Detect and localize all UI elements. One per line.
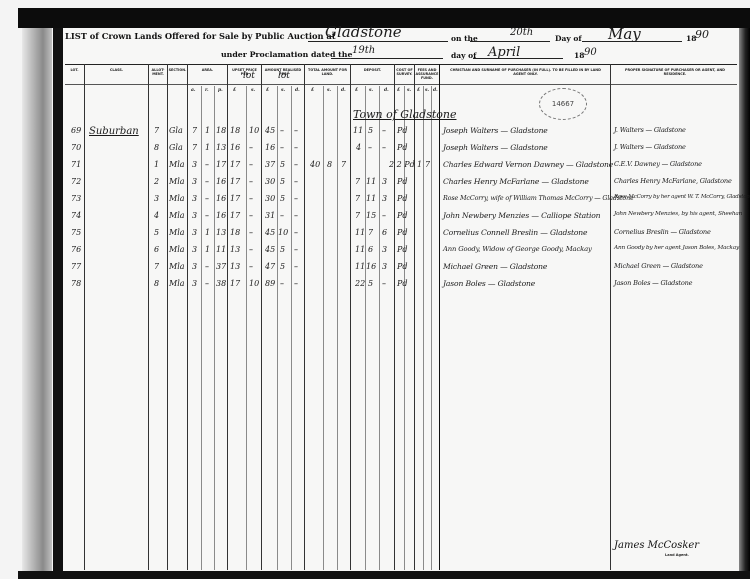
realised-pounds-label: £ [266,88,269,93]
col-header-total-amount: Total Amount for Land. [305,68,350,76]
area-roods: 1 [205,143,210,152]
proclamation-month: April [488,45,520,60]
deposit-pence: 3 [382,177,387,186]
col-header-class: Class. [85,68,148,72]
purchaser-name: John Newbery Menzies — Calliope Station [443,211,600,220]
deposit-pence: 6 [382,228,387,237]
sale-year: 90 [695,28,709,41]
lot-number: 76 [71,245,81,254]
deposit-pence-label: d. [384,88,389,93]
purchaser-name: Ann Goody, Widow of George Goody, Mackay [443,245,592,253]
purchaser-name: Cornelius Connell Breslin — Gladstone [443,228,587,237]
allotment: 3 [154,194,159,203]
purchaser-signature: Ann Goody by her agent Jason Boles, Mack… [614,245,739,251]
purchaser-signature: Jason Boles — Gladstone [614,279,692,287]
area-perches: 17 [216,160,226,169]
total-shillings-label: s. [327,88,331,93]
amount-realised-unit: lot [278,71,290,81]
table-row: 71 1 Mla 3 – 17 17 – 37 5 – 40 8 7 2 2 P… [63,160,739,176]
realised-pounds: 30 [265,194,275,203]
book-spine [53,28,63,573]
survey-paid: Pd [397,211,408,220]
realised-shillings: 10 [278,228,288,237]
sale-month: May [608,25,641,43]
realised-shillings: – [280,279,284,288]
upset-shillings: 10 [249,279,259,288]
area-perches: 38 [216,279,226,288]
purchaser-signature: J. Walters — Gladstone [614,143,686,151]
deposit-pounds: 4 [356,143,361,152]
realised-pence: – [294,245,298,254]
realised-pence: – [294,126,298,135]
survey-paid: Pd [397,126,408,135]
realised-pounds: 47 [265,262,275,271]
upset-pounds: 17 [230,160,240,169]
realised-pounds: 45 [265,228,275,237]
place-rule [308,41,448,42]
deposit-shillings-label: s. [369,88,373,93]
purchaser-name: Charles Edward Vernon Dawney — Gladstone [443,160,613,169]
area-roods: – [205,279,209,288]
upset-shillings: – [249,228,253,237]
total-pence-label: d. [341,88,346,93]
table-row: 74 4 Mla 3 – 16 17 – 31 – – 7 15 – Pd Jo… [63,211,739,227]
survey-paid: Pd [397,194,408,203]
allotment: 5 [154,228,159,237]
area-roods: 1 [205,245,210,254]
area-perches: 13 [216,228,226,237]
deposit-pounds: 11 [353,126,363,135]
section: Mla [169,279,185,288]
area-perches: 11 [216,245,226,254]
table-row: 77 7 Mla 3 – 37 13 – 47 5 – 11 16 3 Pd M… [63,262,739,278]
section: Mla [169,160,185,169]
upset-shillings: – [249,160,253,169]
deposit-shillings: 6 [368,245,373,254]
allotment: 8 [154,143,159,152]
area-roods: 1 [205,126,210,135]
allotment: 8 [154,279,159,288]
table-top-rule [65,64,737,65]
purchaser-signature: Charles Henry McFarlane, Gladstone [614,177,732,185]
realised-shillings: – [280,143,284,152]
upset-pounds: 17 [230,211,240,220]
lot-number: 74 [71,211,81,220]
section: Gla [169,126,183,135]
purchaser-signature: Cornelius Breslin — Gladstone [614,228,711,236]
purchaser-signature: John Newbery Menzies, by his agent, Shee… [614,211,742,217]
area-roods: – [205,262,209,271]
deposit-shillings: 5 [368,279,373,288]
deposit-pence: – [382,126,386,135]
deposit-pence: 3 [382,245,387,254]
area-acres: 3 [192,160,197,169]
ledger-page: LIST of Crown Lands Offered for Sale by … [63,28,739,571]
area-acres: 3 [192,194,197,203]
registry-stamp: 14667 [539,88,587,120]
realised-pounds: 89 [265,279,275,288]
upset-shillings: – [249,143,253,152]
allotment: 2 [154,177,159,186]
fees-shillings-label: s. [425,88,429,93]
allotment: 6 [154,245,159,254]
col-header-fees: Fees and Assurance Fund. [415,68,439,80]
area-acres: 7 [192,143,197,152]
purchaser-name: Charles Henry McFarlane — Gladstone [443,177,589,186]
deposit-pence: 3 [382,194,387,203]
realised-shillings: 5 [280,160,285,169]
upset-pounds: 16 [230,143,240,152]
proclamation-year-prefix: 18 [574,51,584,60]
sale-day: 20th [510,27,533,38]
document-title: LIST of Crown Lands Offered for Sale by … [65,31,336,41]
table-row: 73 3 Mla 3 – 16 17 – 30 5 – 7 11 3 Pd Ro… [63,194,739,210]
table-row: 76 6 Mla 3 1 11 13 – 45 5 – 11 6 3 Pd An… [63,245,739,261]
section: Mla [169,228,185,237]
table-row: 72 2 Mla 3 – 16 17 – 30 5 – 7 11 3 Pd Ch… [63,177,739,193]
allotment: 1 [154,160,159,169]
deposit-pence: – [382,211,386,220]
deposit-pounds: 7 [355,211,360,220]
day-of-label: Day of [555,34,582,43]
land-agent-title: Land Agent. [665,553,689,557]
upset-shillings: – [249,211,253,220]
area-acres: 3 [192,177,197,186]
lot-number: 72 [71,177,81,186]
upset-pounds: 18 [230,126,240,135]
realised-shillings: 5 [280,245,285,254]
lot-number: 69 [71,126,81,135]
purchaser-name: Michael Green — Gladstone [443,262,547,271]
upset-shillings: 10 [249,126,259,135]
realised-pence-label: d. [295,88,300,93]
total-shillings: 8 [327,160,332,169]
purchaser-name: Rose McCorry, wife of William Thomas McC… [443,194,634,202]
realised-pence: – [294,177,298,186]
area-perches: 16 [216,194,226,203]
purchaser-signature: Rose McCorry by her agent W. T. McCorry,… [614,194,750,200]
area-acres: 7 [192,126,197,135]
upset-pounds: 13 [230,262,240,271]
realised-pence: – [294,228,298,237]
area-roods: 1 [205,228,210,237]
upset-shillings: – [249,262,253,271]
realised-pence: – [294,262,298,271]
deposit-pounds: 22 [355,279,365,288]
fees-shillings: 7 [425,160,430,169]
area-perches: 16 [216,211,226,220]
upset-pounds: 18 [230,228,240,237]
area-perches: 18 [216,126,226,135]
sale-day-rule [470,41,550,42]
survey-paid: Pd [397,177,408,186]
realised-pounds: 45 [265,245,275,254]
survey-paid: Pd [397,279,408,288]
lot-number: 77 [71,262,81,271]
realised-shillings: 5 [280,177,285,186]
area-roods: – [205,194,209,203]
upset-shillings-label: s. [251,88,255,93]
area-perches: 16 [216,177,226,186]
section: Mla [169,177,185,186]
deposit-pounds: 11 [355,245,365,254]
col-header-area: Area. [188,68,227,72]
realised-shillings: 5 [280,194,285,203]
deposit-pounds: 7 [355,194,360,203]
deposit-pence: – [382,143,386,152]
col-header-allotment: Allot-ment. [149,68,167,76]
total-pence: 7 [341,160,346,169]
purchaser-name: Jason Boles — Gladstone [443,279,535,288]
deposit-pounds-label: £ [355,88,358,93]
proclamation-year: 90 [584,47,597,58]
survey-pounds-label: £ [397,88,400,93]
upset-pounds: 17 [230,194,240,203]
realised-pence: – [294,211,298,220]
survey-paid: Pd [397,262,408,271]
area-roods-label: r. [205,88,209,93]
table-header-rule [65,84,737,85]
area-acres: 3 [192,262,197,271]
scan-bottom-border [18,571,750,579]
survey-paid: 2 2 Pd [389,160,415,169]
area-roods: – [205,160,209,169]
upset-shillings: – [249,245,253,254]
table-row: 69 7 Gla 7 1 18 18 10 45 – – 11 5 – Pd J… [63,126,739,142]
upset-shillings: – [249,177,253,186]
area-acres: 3 [192,211,197,220]
section: Mla [169,245,185,254]
realised-pounds: 31 [265,211,275,220]
fees-pence-label: d. [433,88,438,93]
deposit-shillings: 11 [366,177,376,186]
fees-pounds: 1 [417,160,422,169]
realised-pence: – [294,160,298,169]
realised-shillings: 5 [280,262,285,271]
deposit-pence: – [382,279,386,288]
allotment: 4 [154,211,159,220]
land-agent-signature: James McCosker [614,540,699,551]
purchaser-name: Joseph Walters — Gladstone [443,143,548,152]
lot-number: 73 [71,194,81,203]
area-roods: – [205,211,209,220]
deposit-shillings: 15 [366,211,376,220]
area-acres: 3 [192,245,197,254]
lot-number: 71 [71,160,81,169]
area-perches: 37 [216,262,226,271]
area-acres: 3 [192,228,197,237]
realised-shillings: – [280,126,284,135]
upset-pounds: 13 [230,245,240,254]
purchaser-signature: Michael Green — Gladstone [614,262,703,270]
col-header-lot: Lot. [65,68,84,72]
realised-pounds: 16 [265,143,275,152]
section: Gla [169,143,183,152]
upset-pounds-label: £ [233,88,236,93]
realised-shillings-label: s. [281,88,285,93]
allotment: 7 [154,262,159,271]
purchaser-name: Joseph Walters — Gladstone [443,126,548,135]
proclamation-day: 19th [352,45,375,56]
survey-paid: Pd [397,245,408,254]
purchaser-signature: C.E.V. Dawney — Gladstone [614,160,702,168]
survey-shillings-label: s. [407,88,411,93]
area-acres: 3 [192,279,197,288]
deposit-shillings: – [368,143,372,152]
section: Mla [169,194,185,203]
realised-pounds: 45 [265,126,275,135]
lot-number: 78 [71,279,81,288]
section: Mla [169,262,185,271]
deposit-pounds: 7 [355,177,360,186]
lot-number: 75 [71,228,81,237]
area-acres-label: a. [191,88,195,93]
purchaser-signature: J. Walters — Gladstone [614,126,686,134]
survey-paid: Pd [397,228,408,237]
upset-pounds: 17 [230,279,240,288]
scan-right-border [738,28,750,573]
upset-price-unit: lot [243,71,255,81]
table-row: 70 8 Gla 7 1 13 16 – 16 – – 4 – – Pd Jos… [63,143,739,159]
deposit-shillings: 5 [368,126,373,135]
col-header-purchaser: Christian and Surname of Purchaser (in f… [448,68,603,76]
table-row: 78 8 Mla 3 – 38 17 10 89 – – 22 5 – Pd J… [63,279,739,295]
allotment: 7 [154,126,159,135]
deposit-pence: 3 [382,262,387,271]
deposit-pounds: 11 [355,262,365,271]
upset-shillings: – [249,194,253,203]
realised-pence: – [294,143,298,152]
section-heading: Town of Gladstone [353,108,456,121]
realised-pence: – [294,279,298,288]
deposit-shillings: 11 [366,194,376,203]
total-pounds-label: £ [311,88,314,93]
table-row: 75 5 Mla 3 1 13 18 – 45 10 – 11 7 6 Pd C… [63,228,739,244]
area-roods: – [205,177,209,186]
upset-pounds: 17 [230,177,240,186]
realised-pence: – [294,194,298,203]
deposit-pounds: 11 [355,228,365,237]
area-perches: 13 [216,143,226,152]
proclamation-day-rule [331,58,443,59]
area-perches-label: p. [218,88,223,93]
realised-pounds: 37 [265,160,275,169]
lot-number: 70 [71,143,81,152]
col-header-deposit: Deposit. [351,68,394,72]
deposit-shillings: 7 [368,228,373,237]
realised-shillings: – [280,211,284,220]
fees-pounds-label: £ [417,88,420,93]
auction-place: Gladstone [325,23,402,41]
survey-paid: Pd [397,143,408,152]
realised-pounds: 30 [265,177,275,186]
facing-page-shadow [22,28,52,573]
total-pounds: 40 [310,160,320,169]
section: Mla [169,211,185,220]
deposit-shillings: 16 [366,262,376,271]
col-header-section: Section. [168,68,187,72]
col-header-signature: Proper Signature of Purchaser or Agent, … [615,68,735,76]
col-header-cost-of-survey: Cost of Survey. [395,68,414,76]
